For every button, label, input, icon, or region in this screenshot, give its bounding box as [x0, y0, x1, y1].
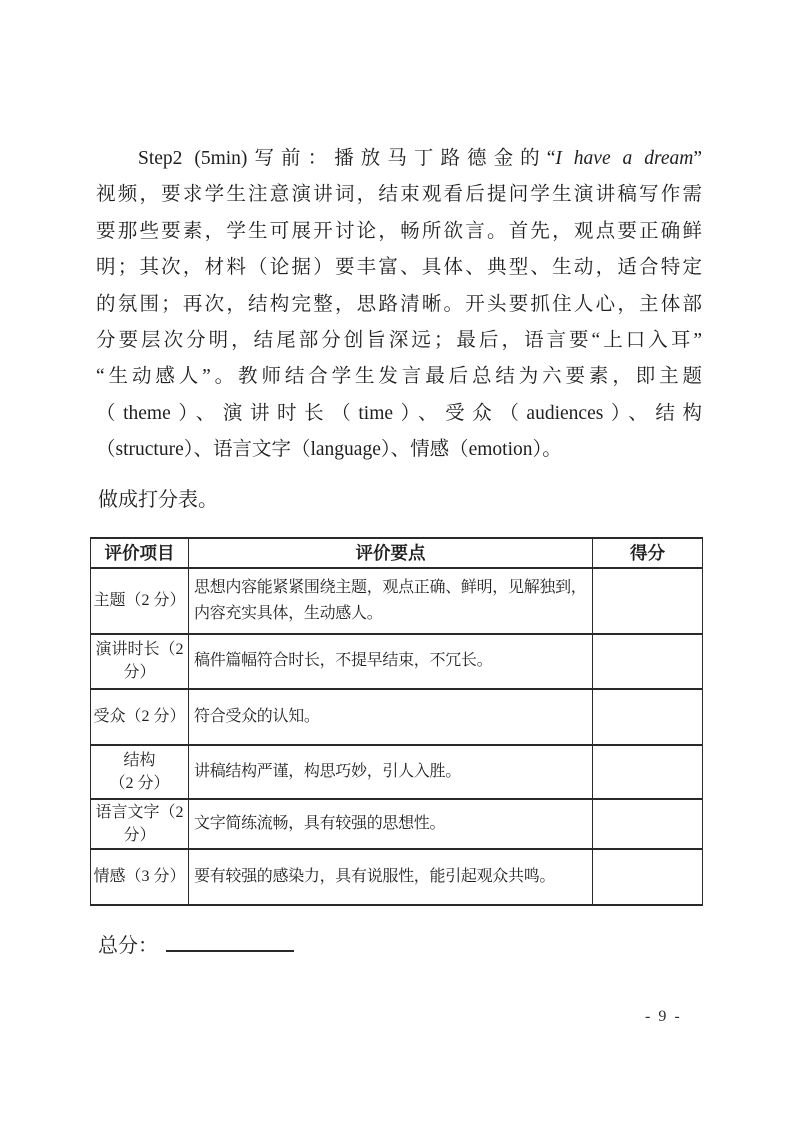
- table-row: 情感（3 分） 要有较强的感染力，具有说服性，能引起观众共鸣。: [91, 849, 703, 905]
- header-cell-score: 得分: [593, 538, 703, 568]
- item-cell: 受众（2 分）: [91, 689, 189, 745]
- table-row: 主题（2 分） 思想内容能紧紧围绕主题，观点正确、鲜明，见解独到，内容充实具体，…: [91, 568, 703, 634]
- total-label: 总分：: [98, 935, 158, 957]
- header-cell-criteria: 评价要点: [189, 538, 593, 568]
- table-row: 语言文字（2 分） 文字简练流畅，具有较强的思想性。: [91, 799, 703, 849]
- table-row: 演讲时长（2 分） 稿件篇幅符合时长，不提早结束，不冗长。: [91, 634, 703, 689]
- intro-paragraph: Step2 (5min)写前：播放马丁路德金的“I have a dream” …: [96, 141, 702, 469]
- total-score-line: 总分：: [98, 932, 702, 960]
- item-cell: 语言文字（2 分）: [91, 799, 189, 849]
- criteria-cell: 文字简练流畅，具有较强的思想性。: [189, 799, 593, 849]
- item-cell: 结构 （2 分）: [91, 745, 189, 799]
- score-cell: [593, 799, 703, 849]
- document-page: Step2 (5min)写前：播放马丁路德金的“I have a dream” …: [0, 0, 794, 1123]
- page-number: - 9 -: [645, 1008, 682, 1026]
- criteria-cell: 思想内容能紧紧围绕主题，观点正确、鲜明，见解独到，内容充实具体，生动感人。: [189, 568, 593, 634]
- item-cell: 情感（3 分）: [91, 849, 189, 905]
- item-cell: 主题（2 分）: [91, 568, 189, 634]
- criteria-cell: 讲稿结构严谨，构思巧妙，引人入胜。: [189, 745, 593, 799]
- table-caption: 做成打分表。: [98, 485, 702, 515]
- score-cell: [593, 689, 703, 745]
- header-cell-item: 评价项目: [91, 538, 189, 568]
- table-row: 受众（2 分） 符合受众的认知。: [91, 689, 703, 745]
- criteria-cell: 符合受众的认知。: [189, 689, 593, 745]
- paragraph-line: 要那些要素，学生可展开讨论，畅所欲言。首先，观点要正确鲜: [96, 214, 702, 250]
- total-blank-line: [166, 934, 294, 952]
- paragraph-line: “生动感人”。教师结合学生发言最后总结为六要素，即主题: [96, 359, 702, 395]
- criteria-cell: 稿件篇幅符合时长，不提早结束，不冗长。: [189, 634, 593, 689]
- score-cell: [593, 745, 703, 799]
- paragraph-line: 视频，要求学生注意演讲词，结束观看后提问学生演讲稿写作需: [96, 177, 702, 213]
- score-cell: [593, 849, 703, 905]
- scoring-rubric-table: 评价项目 评价要点 得分 主题（2 分） 思想内容能紧紧围绕主题，观点正确、鲜明…: [90, 537, 703, 906]
- speech-title-italic: I have a dream: [555, 148, 693, 169]
- table-row: 结构 （2 分） 讲稿结构严谨，构思巧妙，引人入胜。: [91, 745, 703, 799]
- paragraph-line: （theme）、演讲时长（time）、受众（audiences）、结构: [96, 396, 702, 432]
- score-cell: [593, 634, 703, 689]
- paragraph-line: 的氛围；再次，结构完整，思路清晰。开头要抓住人心，主体部: [96, 287, 702, 323]
- paragraph-line: Step2 (5min)写前：播放马丁路德金的“I have a dream”: [96, 141, 702, 177]
- paragraph-line: 明；其次，材料（论据）要丰富、具体、典型、生动，适合特定: [96, 250, 702, 286]
- closing-quote: ”: [693, 148, 702, 169]
- criteria-cell: 要有较强的感染力，具有说服性，能引起观众共鸣。: [189, 849, 593, 905]
- step-label: Step2 (5min)写前：播放马丁路德金的“: [138, 148, 555, 169]
- paragraph-line: （structure）、语言文字（language）、情感（emotion）。: [96, 432, 702, 468]
- paragraph-line: 分要层次分明，结尾部分创旨深远；最后，语言要“上口入耳”: [96, 323, 702, 359]
- table-header-row: 评价项目 评价要点 得分: [91, 538, 703, 568]
- score-cell: [593, 568, 703, 634]
- page-content: Step2 (5min)写前：播放马丁路德金的“I have a dream” …: [96, 141, 702, 960]
- item-cell: 演讲时长（2 分）: [91, 634, 189, 689]
